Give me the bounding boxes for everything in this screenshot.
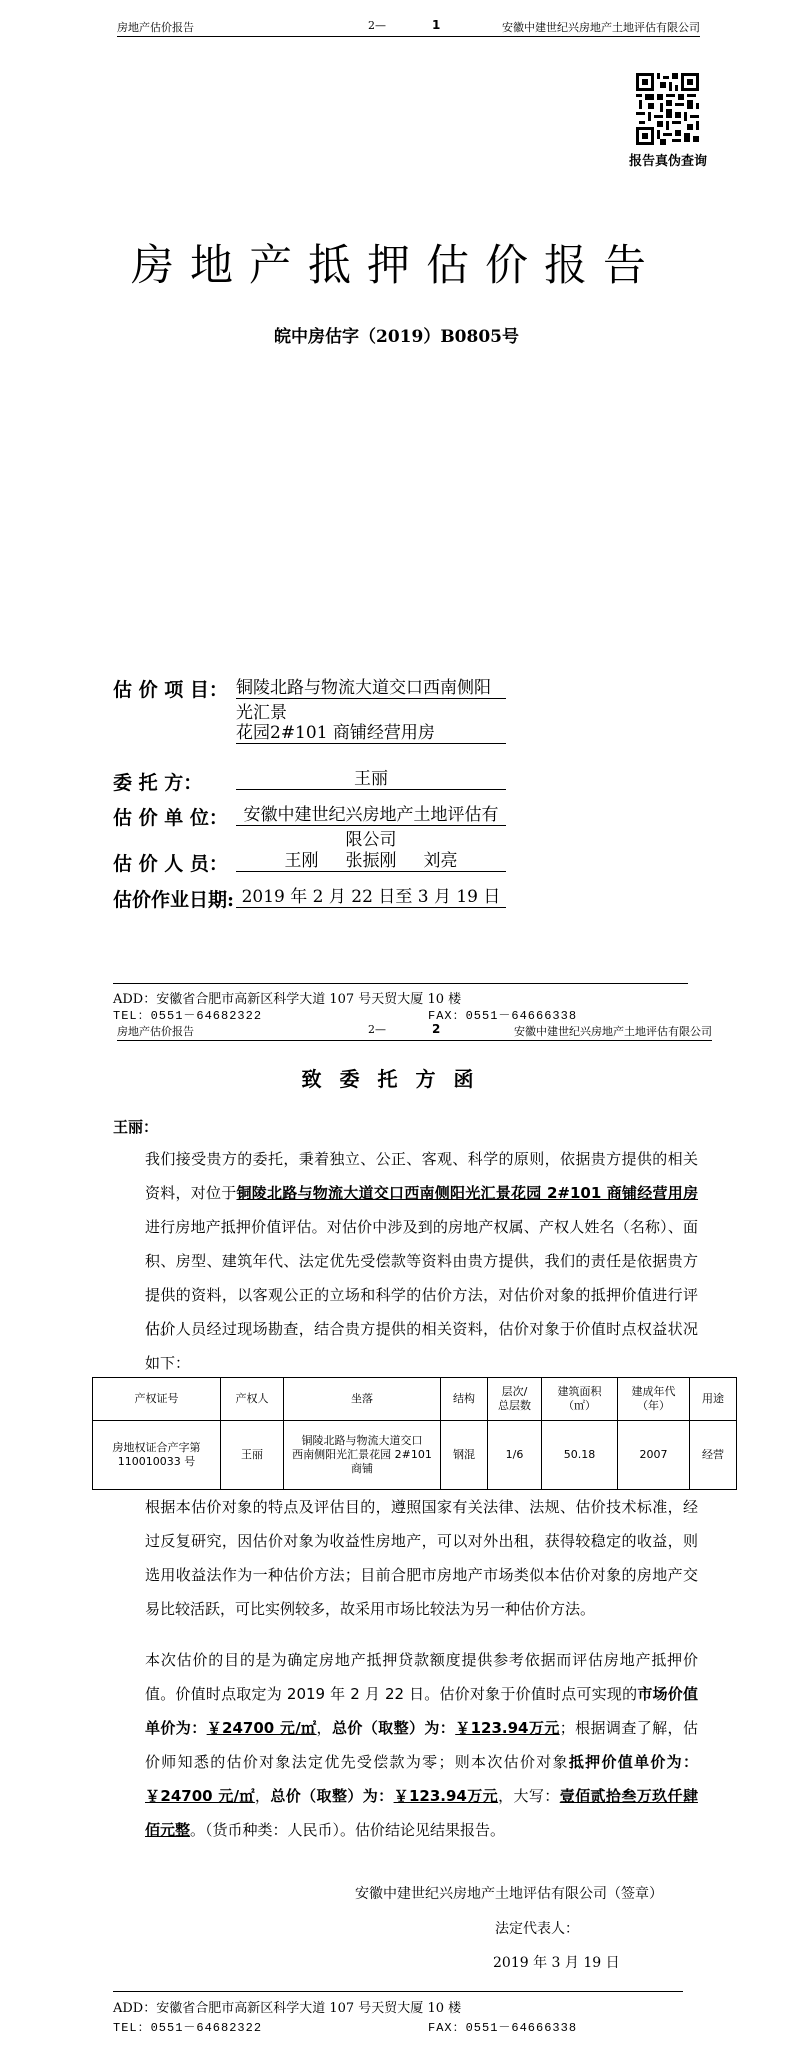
page-header: 房地产估价报告 2— 1 安徽中建世纪兴房地产土地评估有限公司 — [117, 17, 700, 37]
header-company: 安徽中建世纪兴房地产土地评估有限公司 — [514, 1023, 712, 1039]
market-unit-price: ￥24700 元/㎡ — [207, 1719, 317, 1737]
footer-divider — [113, 1991, 683, 1992]
property-rights-table: 产权证号 产权人 坐落 结构 层次/ 总层数 建筑面积 （㎡） 建成年代 （年）… — [92, 1377, 737, 1490]
col-usage: 用途 — [690, 1378, 737, 1421]
header-page-prefix: 2— — [368, 19, 386, 32]
col-floor: 层次/ 总层数 — [488, 1378, 542, 1421]
document-number: 皖中房估字（2019）B0805号 — [0, 322, 793, 347]
project-value-line1: 铜陵北路与物流大道交口西南侧阳光汇景 — [236, 673, 506, 699]
property-address: 铜陵北路与物流大道交口西南侧阳光汇景花园 2#101 商铺经营用房 — [237, 1184, 699, 1202]
unit-label: 估 价 单 位： — [113, 803, 228, 830]
footer-tel: TEL：0551－64682322 — [113, 2018, 262, 2035]
salutation: 王丽： — [113, 1110, 698, 1144]
header-page-prefix: 2— — [368, 1023, 386, 1036]
header-company: 安徽中建世纪兴房地产土地评估有限公司 — [502, 19, 700, 35]
report-title: 房地产抵押估价报告 — [0, 232, 793, 293]
market-total-price: ￥123.94万元 — [455, 1719, 560, 1737]
project-value-line2: 花园2#101 商铺经营用房 — [236, 718, 506, 744]
table-row: 房地权证合产字第 110010033 号 王丽 铜陵北路与物流大道交口 西南侧阳… — [93, 1421, 737, 1490]
unit-value: 安徽中建世纪兴房地产土地评估有限公司 — [236, 800, 506, 826]
appraisers-value: 王刚 张振刚 刘亮 — [236, 846, 506, 872]
paragraph-survey: 估价人员经过现场勘查，结合贵方提供的相关资料，估价对象于价值时点权益状况如下： — [113, 1312, 698, 1380]
col-cert-no: 产权证号 — [93, 1378, 221, 1421]
letter-title: 致委托方函 — [0, 1063, 793, 1092]
legal-representative: 法定代表人： — [495, 1918, 579, 1938]
project-label: 估 价 项 目： — [113, 675, 228, 702]
col-owner: 产权人 — [221, 1378, 284, 1421]
footer-divider — [113, 983, 688, 984]
header-report-type: 房地产估价报告 — [117, 19, 194, 35]
qr-code-icon[interactable] — [636, 73, 699, 145]
qr-label: 报告真伪查询 — [628, 150, 708, 169]
mortgage-unit-price: ￥24700 元/㎡ — [145, 1787, 255, 1805]
signature-date: 2019 年 3 月 19 日 — [493, 1952, 620, 1972]
work-date-label: 估价作业日期: — [113, 885, 234, 912]
paragraph-methods: 根据本估价对象的特点及评估目的，遵照国家有关法律、法规、估价技术标准，经过反复研… — [113, 1490, 698, 1626]
footer-address: ADD：安徽省合肥市高新区科学大道 107 号天贸大厦 10 楼 — [113, 1997, 461, 2016]
col-year: 建成年代 （年） — [618, 1378, 690, 1421]
page-header: 房地产估价报告 2— 2 安徽中建世纪兴房地产土地评估有限公司 — [117, 1021, 712, 1041]
paragraph-conclusion: 本次估价的目的是为确定房地产抵押贷款额度提供参考依据而评估房地产抵押价值。价值时… — [113, 1643, 698, 1847]
header-report-type: 房地产估价报告 — [117, 1023, 194, 1039]
col-location: 坐落 — [284, 1378, 441, 1421]
client-value: 王丽 — [236, 764, 506, 790]
work-date-value: 2019 年 2 月 22 日至 3 月 19 日 — [236, 882, 506, 908]
signature-company: 安徽中建世纪兴房地产土地评估有限公司（签章） — [355, 1883, 663, 1903]
footer-address: ADD：安徽省合肥市高新区科学大道 107 号天贸大厦 10 楼 — [113, 988, 461, 1007]
table-header-row: 产权证号 产权人 坐落 结构 层次/ 总层数 建筑面积 （㎡） 建成年代 （年）… — [93, 1378, 737, 1421]
mortgage-total-price: ￥123.94万元 — [394, 1787, 499, 1805]
header-page-number: 1 — [432, 18, 440, 32]
client-label: 委 托 方： — [113, 768, 202, 795]
col-area: 建筑面积 （㎡） — [542, 1378, 618, 1421]
header-page-number: 2 — [432, 1022, 440, 1036]
appraisers-label: 估 价 人 员： — [113, 849, 228, 876]
footer-fax: FAX：0551－64666338 — [428, 2018, 577, 2035]
col-structure: 结构 — [441, 1378, 488, 1421]
